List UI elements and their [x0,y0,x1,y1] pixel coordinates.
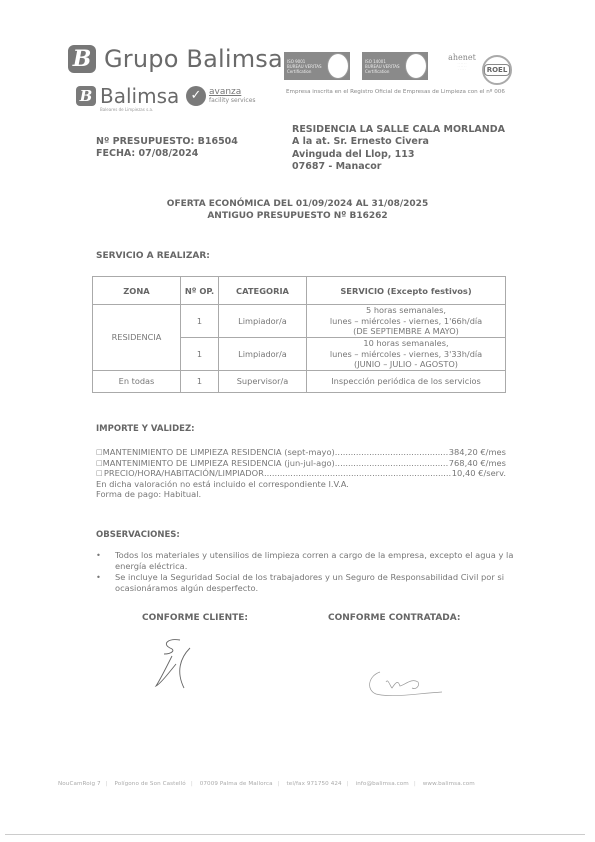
cell-servicio: 5 horas semanales, lunes – miércoles - v… [307,305,506,338]
amount-value: 10,40 €/serv. [452,468,506,479]
amount-item: □ PRECIO/HORA/HABITACIÓN/LIMPIADOR 10,40… [96,468,506,479]
iso-9001-badge: ISO 9001BUREAU VERITASCertification [284,52,350,80]
amounts-heading: IMPORTE Y VALIDEZ: [96,424,195,434]
cell-servicio: 10 horas semanales, lunes – miércoles - … [307,338,506,371]
col-categoria: CATEGORIA [219,277,307,305]
footer-phone: tel/fax 971750 424 [287,781,342,787]
roel-logo: ROEL [482,55,512,85]
table-row: En todas 1 Supervisor/a Inspección perió… [93,371,506,393]
balimsa-small-b-icon: B [76,86,96,106]
cell-categoria: Limpiador/a [219,338,307,371]
bottom-divider [5,834,585,835]
offer-title: OFERTA ECONÓMICA DEL 01/09/2024 AL 31/08… [0,199,595,211]
observations-list: • Todos los materiales y utensilios de l… [96,550,514,594]
payment-terms: Forma de pago: Habitual. [96,489,506,500]
amounts-list: □ MANTENIMIENTO DE LIMPIEZA RESIDENCIA (… [96,447,506,500]
recipient-address: Avinguda del Llop, 113 [292,149,505,161]
brand-sub-text: Balimsa [100,86,179,106]
offer-title-block: OFERTA ECONÓMICA DEL 01/09/2024 AL 31/08… [0,199,595,222]
amount-value: 384,20 €/mes [449,447,506,458]
cell-categoria: Supervisor/a [219,371,307,393]
budget-info: Nº PRESUPUESTO: B16504 FECHA: 07/08/2024 [96,136,238,160]
registry-note: Empresa inscrita en el Registro Oficial … [286,89,505,95]
amount-item: □ MANTENIMIENTO DE LIMPIEZA RESIDENCIA (… [96,447,506,458]
cert-label: Certification [365,69,403,74]
col-zona: ZONA [93,277,181,305]
balimsa-b-icon: B [68,45,96,73]
ahenet-logo: ahenet · · · · · ·· · · · · ·· · · · · [447,53,477,71]
brand-main-text: Grupo Balimsa [104,45,283,73]
observation-item: • Todos los materiales y utensilios de l… [96,550,514,571]
bullet-icon: • [96,550,115,571]
amount-label: MANTENIMIENTO DE LIMPIEZA RESIDENCIA (se… [103,447,335,458]
checkbox-icon: □ [96,447,103,458]
cell-categoria: Limpiador/a [219,305,307,338]
amount-value: 768,40 €/mes [449,458,506,469]
footer-website: www.balimsa.com [423,781,475,787]
recipient-city: 07687 - Manacor [292,161,505,173]
vat-note: En dicha valoración no está incluido el … [96,479,506,490]
footer-area: Polígono de Son Castelló [115,781,186,787]
cell-op: 1 [181,371,219,393]
client-signature [150,634,200,694]
brand-sub-tagline: Baleares de Limpiezas s.a. [100,107,153,112]
avanza-name: avanza [209,88,256,97]
table-header-row: ZONA Nº OP. CATEGORIA SERVICIO (Excepto … [93,277,506,305]
table-row: RESIDENCIA 1 Limpiador/a 5 horas semanal… [93,305,506,338]
client-signature-label: CONFORME CLIENTE: [142,613,248,623]
col-servicio: SERVICIO (Excepto festivos) [307,277,506,305]
observations-heading: OBSERVACIONES: [96,530,180,540]
footer-address: NouCamRoig 7 [58,781,101,787]
footer-city: 07009 Palma de Mallorca [200,781,273,787]
recipient-block: RESIDENCIA LA SALLE CALA MORLANDA A la a… [292,124,505,174]
service-table: ZONA Nº OP. CATEGORIA SERVICIO (Excepto … [92,276,506,393]
iso-14001-badge: ISO 14001BUREAU VERITASCertification [362,52,428,80]
contractor-signature [362,664,462,704]
col-op: Nº OP. [181,277,219,305]
bullet-icon: • [96,572,115,593]
budget-date: FECHA: 07/08/2024 [96,148,238,160]
avanza-logo: ✓ avanza facility services [186,86,256,106]
balimsa-logo: B Balimsa Baleares de Limpiezas s.a. [76,86,179,106]
grupo-balimsa-logo: B Grupo Balimsa [68,45,283,73]
footer-email: info@balimsa.com [356,781,409,787]
observation-item: • Se incluye la Seguridad Social de los … [96,572,514,593]
checkmark-icon: ✓ [186,86,206,106]
amount-label: PRECIO/HORA/HABITACIÓN/LIMPIADOR [104,468,264,479]
roel-text: ROEL [484,64,511,76]
previous-budget: ANTIGUO PRESUPUESTO Nº B16262 [0,211,595,223]
amount-item: □ MANTENIMIENTO DE LIMPIEZA RESIDENCIA (… [96,458,506,469]
bureau-veritas-seal-icon [327,53,349,79]
cert-label: Certification [287,69,325,74]
recipient-attention: A la at. Sr. Ernesto Civera [292,136,505,148]
cert-body: BUREAU VERITAS [287,64,325,69]
service-heading: SERVICIO A REALIZAR: [96,251,210,261]
cell-op: 1 [181,305,219,338]
footer-contact: NouCamRoig 7| Polígono de Son Castelló| … [58,781,475,787]
cell-zona: En todas [93,371,181,393]
budget-number: Nº PRESUPUESTO: B16504 [96,136,238,148]
cell-zona: RESIDENCIA [93,305,181,371]
recipient-name: RESIDENCIA LA SALLE CALA MORLANDA [292,124,505,136]
bureau-veritas-seal-icon [405,53,427,79]
ahenet-text: ahenet [447,53,477,62]
amount-label: MANTENIMIENTO DE LIMPIEZA RESIDENCIA (ju… [103,458,335,469]
checkbox-icon: □ [96,468,104,479]
checkbox-icon: □ [96,458,103,469]
cell-op: 1 [181,338,219,371]
contractor-signature-label: CONFORME CONTRATADA: [328,613,461,623]
cell-servicio: Inspección periódica de los servicios [307,371,506,393]
avanza-tagline: facility services [209,97,256,105]
cert-body: BUREAU VERITAS [365,64,403,69]
